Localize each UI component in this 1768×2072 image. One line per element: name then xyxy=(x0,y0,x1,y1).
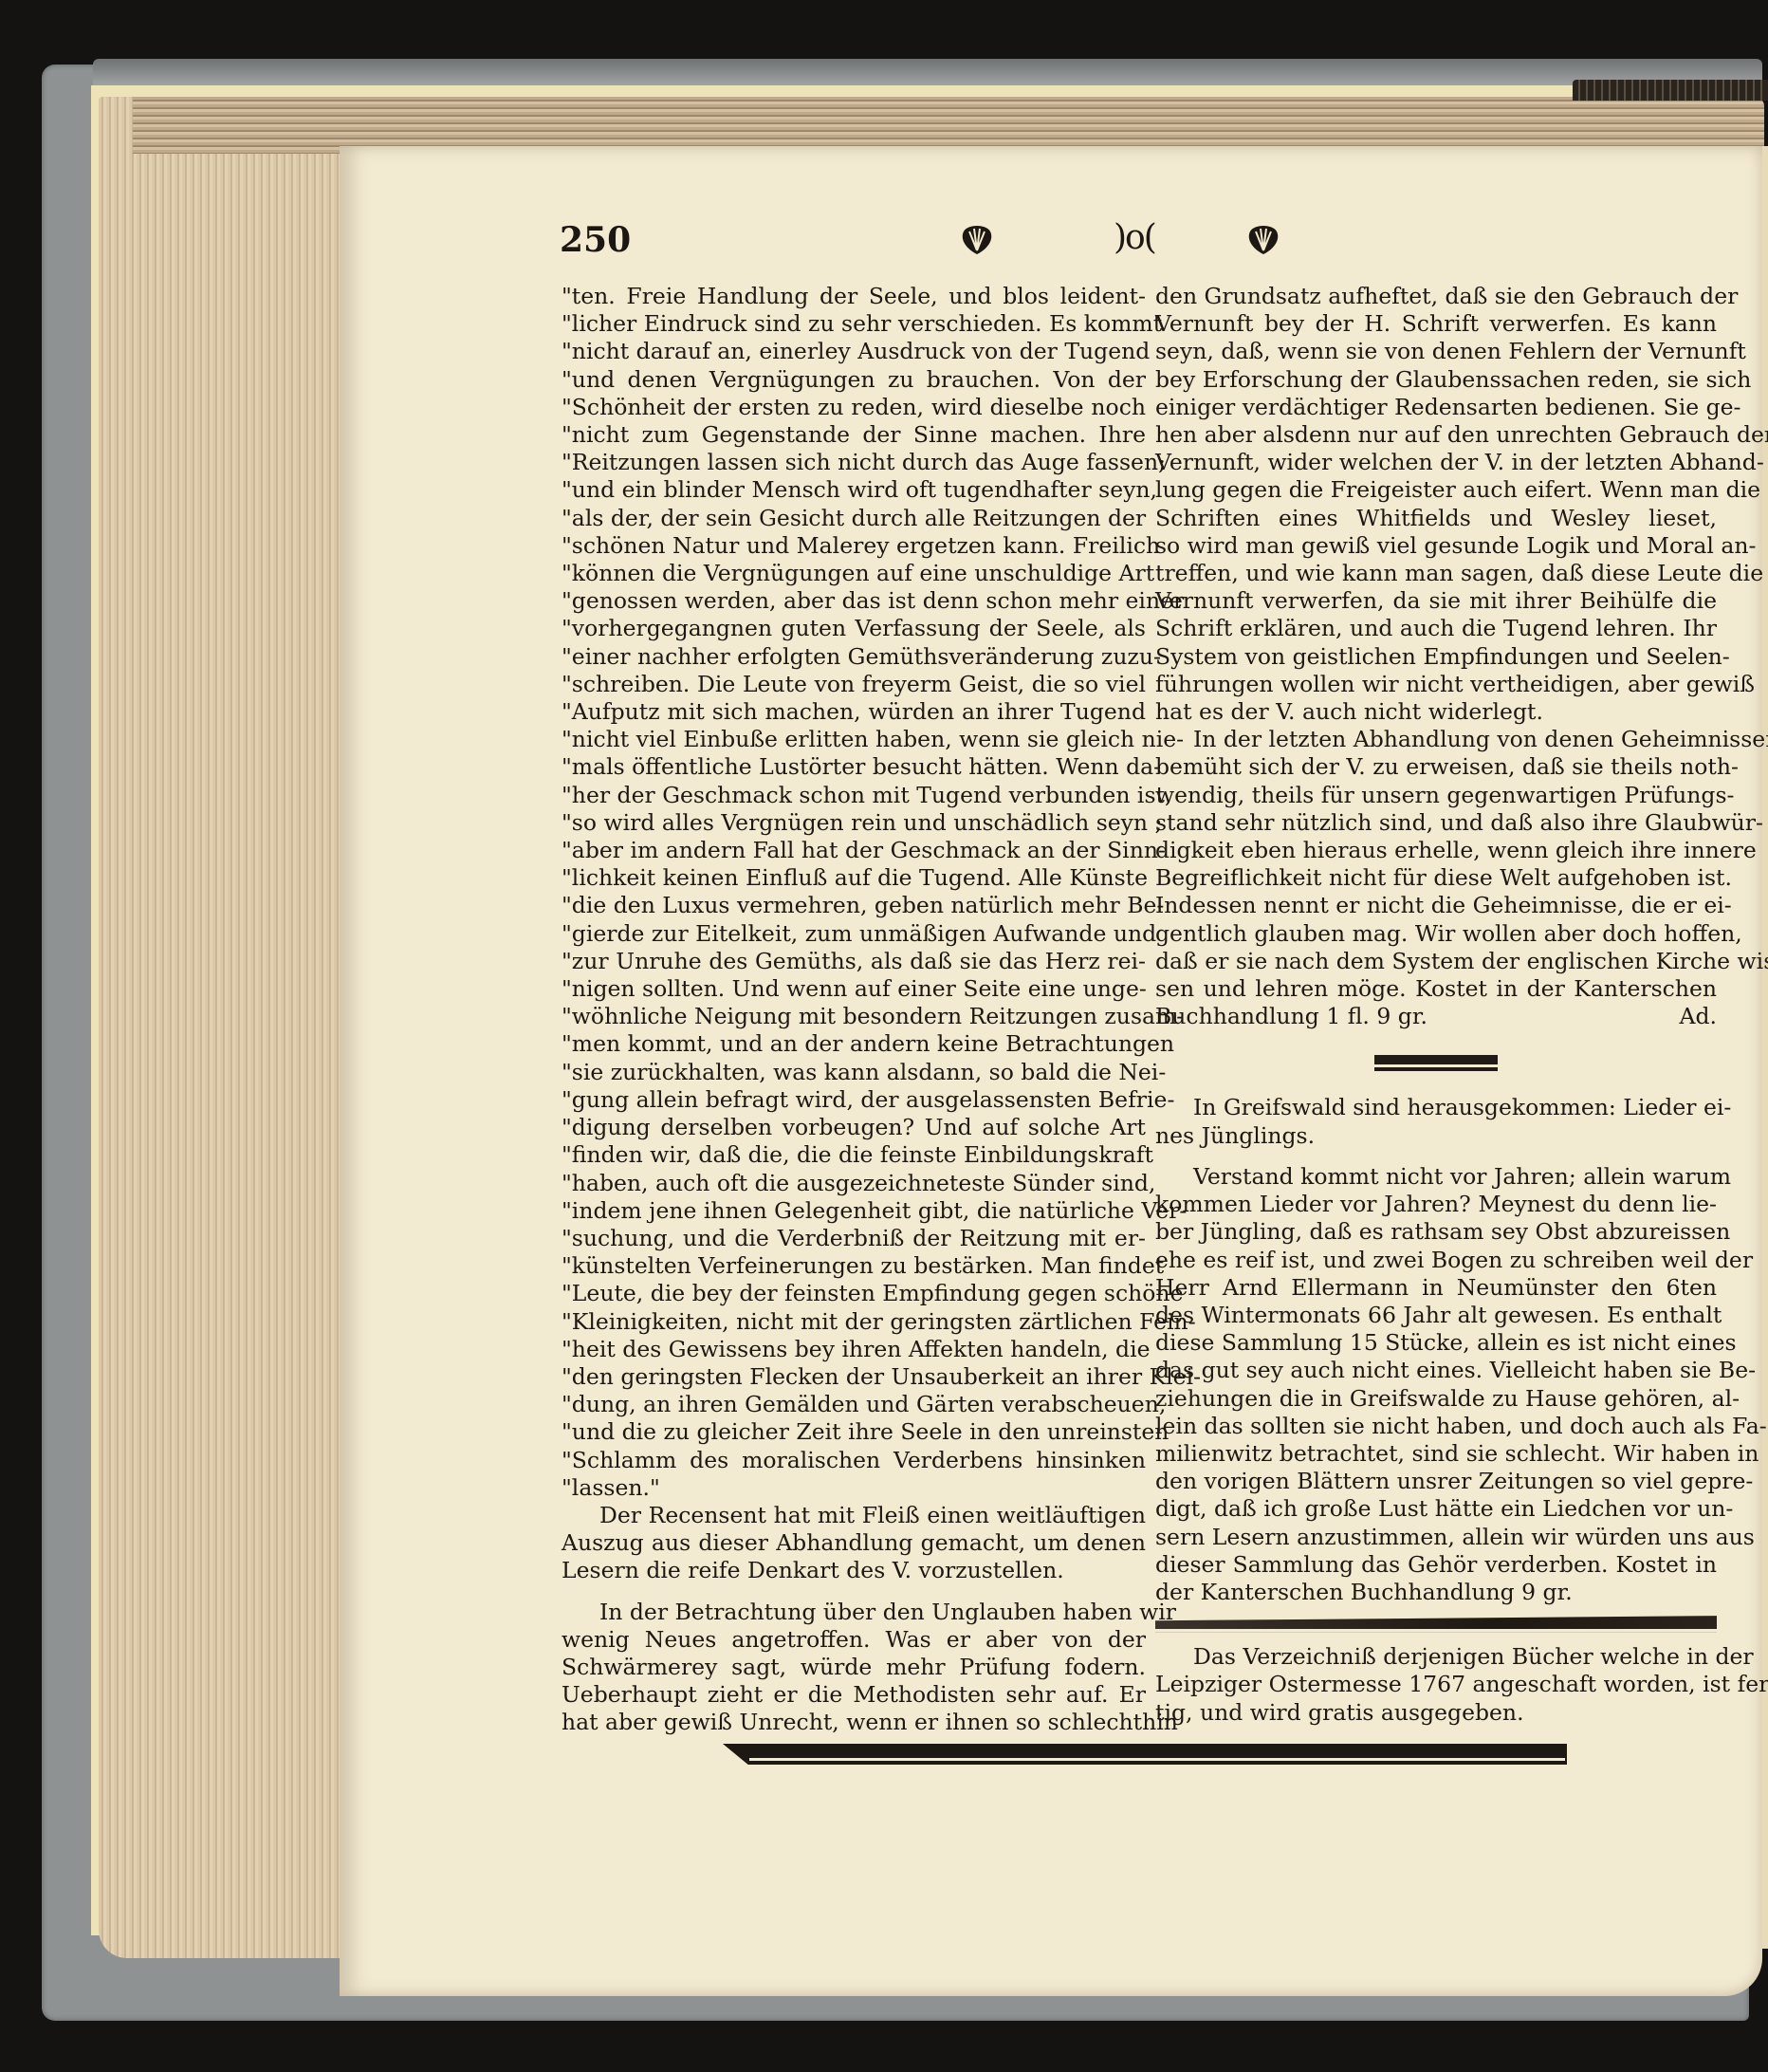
text-line: "und denen Vergnügungen zu brauchen. Von… xyxy=(562,366,1146,394)
shell-ornament-icon xyxy=(1244,220,1282,258)
text-line: "zur Unruhe des Gemüths, als daß sie das… xyxy=(562,948,1146,975)
text-line: lein das sollten sie nicht haben, und do… xyxy=(1155,1413,1717,1440)
text-line: den Grundsatz aufheftet, daß sie den Geb… xyxy=(1155,283,1717,310)
text-line: daß er sie nach dem System der englische… xyxy=(1155,948,1717,975)
text-line: "gung allein befragt wird, der ausgelass… xyxy=(562,1086,1146,1114)
section-divider xyxy=(1374,1055,1498,1067)
text-line: hat es der V. auch nicht widerlegt. xyxy=(1155,698,1717,726)
text-line: tig, und wird gratis ausgegeben. xyxy=(1155,1699,1717,1727)
text-line: sern Lesern anzustimmen, allein wir würd… xyxy=(1155,1524,1717,1551)
text-line: "als der, der sein Gesicht durch alle Re… xyxy=(562,505,1146,532)
endpaper-top xyxy=(91,85,1760,97)
text-line: "Leute, die bey der feinsten Empfindung … xyxy=(562,1280,1146,1307)
text-line: den vorigen Blättern unsrer Zeitungen so… xyxy=(1155,1468,1717,1495)
text-line: digt, daß ich große Lust hätte ein Liedc… xyxy=(1155,1495,1717,1523)
reviewer-signature: Ad. xyxy=(1680,1003,1717,1030)
section-divider-wide xyxy=(1155,1616,1717,1632)
running-head: 250 )o( xyxy=(560,220,1717,268)
text-line: Der Recensent hat mit Fleiß einen weitlä… xyxy=(562,1502,1146,1529)
text-line: kommen Lieder vor Jahren? Meynest du den… xyxy=(1155,1191,1717,1218)
text-line: Das Verzeichniß derjenigen Bücher welche… xyxy=(1155,1643,1717,1671)
page-edges-top xyxy=(133,97,1764,154)
text-line: Indessen nennt er nicht die Geheimnisse,… xyxy=(1155,892,1717,919)
text-line: "aber im andern Fall hat der Geschmack a… xyxy=(562,837,1146,864)
header-divider: )o( xyxy=(1114,218,1155,257)
text-line: Vernunft, wider welchen der V. in der le… xyxy=(1155,449,1717,476)
text-line: des Wintermonats 66 Jahr alt gewesen. Es… xyxy=(1155,1302,1717,1329)
text-line: Verstand kommt nicht vor Jahren; allein … xyxy=(1155,1163,1717,1191)
text-line: Schwärmerey sagt, würde mehr Prüfung fod… xyxy=(562,1654,1146,1681)
text-line: seyn, daß, wenn sie von denen Fehlern de… xyxy=(1155,338,1717,365)
paragraph-methodisten: den Grundsatz aufheftet, daß sie den Geb… xyxy=(1155,283,1717,726)
text-line: Ueberhaupt zieht er die Methodisten sehr… xyxy=(562,1681,1146,1709)
text-line: "wöhnliche Neigung mit besondern Reitzun… xyxy=(562,1003,1146,1030)
text-line: lung gegen die Freigeister auch eifert. … xyxy=(1155,476,1717,504)
text-line: "können die Vergnügungen auf eine unschu… xyxy=(562,560,1146,587)
text-line: "schönen Natur und Malerey ergetzen kann… xyxy=(562,532,1146,560)
price-text: Buchhandlung 1 fl. 9 gr. xyxy=(1155,1003,1427,1030)
text-line: führungen wollen wir nicht vertheidigen,… xyxy=(1155,671,1717,698)
text-line: "Reitzungen lassen sich nicht durch das … xyxy=(562,449,1146,476)
text-line: wendig, theils für unsern gegenwartigen … xyxy=(1155,782,1717,809)
text-line: Vernunft bey der H. Schrift verwerfen. E… xyxy=(1155,310,1717,338)
text-line: "dung, an ihren Gemälden und Gärten vera… xyxy=(562,1391,1146,1418)
paragraph-unglauben: In der Betrachtung über den Unglauben ha… xyxy=(562,1599,1146,1737)
text-line: diese Sammlung 15 Stücke, allein es ist … xyxy=(1155,1329,1717,1357)
text-line: "ten. Freie Handlung der Seele, und blos… xyxy=(562,283,1146,310)
text-line: das gut sey auch nicht eines. Vielleicht… xyxy=(1155,1357,1717,1384)
text-line: "die den Luxus vermehren, geben natürlic… xyxy=(562,892,1146,919)
text-line: "Schlamm des moralischen Verderbens hins… xyxy=(562,1447,1146,1474)
text-line: Auszug aus dieser Abhandlung gemacht, um… xyxy=(562,1529,1146,1557)
text-line: Lesern die reife Denkart des V. vorzuste… xyxy=(562,1557,1146,1584)
text-line: sen und lehren möge. Kostet in der Kante… xyxy=(1155,975,1717,1003)
text-line: "suchung, und die Verderbniß der Reitzun… xyxy=(562,1225,1146,1252)
text-line: "lassen." xyxy=(562,1474,1146,1502)
text-line: Vernunft verwerfen, da sie mit ihrer Bei… xyxy=(1155,587,1717,615)
text-line: ber Jüngling, daß es rathsam sey Obst ab… xyxy=(1155,1218,1717,1246)
text-line: "digung derselben vorbeugen? Und auf sol… xyxy=(562,1114,1146,1141)
text-line: "den geringsten Flecken der Unsauberkeit… xyxy=(562,1363,1146,1391)
page-number: 250 xyxy=(560,220,631,260)
notice-greifswald-title: In Greifswald sind herausgekommen: Liede… xyxy=(1155,1094,1717,1149)
paragraph-geheimnisse: In der letzten Abhandlung von denen Gehe… xyxy=(1155,726,1717,1030)
text-line: In der letzten Abhandlung von denen Gehe… xyxy=(1155,726,1717,753)
text-line: "sie zurückhalten, was kann alsdann, so … xyxy=(562,1059,1146,1086)
text-line: so wird man gewiß viel gesunde Logik und… xyxy=(1155,532,1717,560)
text-line: "einer nachher erfolgten Gemüthsveränder… xyxy=(562,643,1146,671)
shell-ornament-icon xyxy=(958,220,996,258)
text-line: "und ein blinder Mensch wird oft tugendh… xyxy=(562,476,1146,504)
text-line: "nicht darauf an, einerley Ausdruck von … xyxy=(562,338,1146,365)
price-and-signature: Buchhandlung 1 fl. 9 gr. Ad. xyxy=(1155,1003,1717,1030)
text-line: bemüht sich der V. zu erweisen, daß sie … xyxy=(1155,753,1717,781)
text-line: gentlich glauben mag. Wir wollen aber do… xyxy=(1155,920,1717,948)
text-line: "indem jene ihnen Gelegenheit gibt, die … xyxy=(562,1197,1146,1225)
paragraph-recensent: Der Recensent hat mit Fleiß einen weitlä… xyxy=(562,1502,1146,1585)
text-line: "nicht viel Einbuße erlitten haben, wenn… xyxy=(562,726,1146,753)
text-line: ziehungen die in Greifswalde zu Hause ge… xyxy=(1155,1385,1717,1413)
text-line: nes Jünglings. xyxy=(1155,1122,1717,1150)
text-line: digkeit eben hieraus erhelle, wenn gleic… xyxy=(1155,837,1717,864)
text-line: Schriften eines Whitfields und Wesley li… xyxy=(1155,505,1717,532)
text-line: ehe es reif ist, und zwei Bogen zu schre… xyxy=(1155,1247,1717,1274)
book-cover-top xyxy=(93,59,1762,87)
text-line: "nigen sollten. Und wenn auf einer Seite… xyxy=(562,975,1146,1003)
left-column: "ten. Freie Handlung der Seele, und blos… xyxy=(562,283,1146,1737)
text-line: "heit des Gewissens bey ihren Affekten h… xyxy=(562,1336,1146,1363)
text-line: Begreiflichkeit nicht für diese Welt auf… xyxy=(1155,864,1717,892)
text-line: hen aber alsdenn nur auf den unrechten G… xyxy=(1155,421,1717,449)
page-end-rule xyxy=(723,1744,1567,1765)
notice-greifswald-body: Verstand kommt nicht vor Jahren; allein … xyxy=(1155,1163,1717,1606)
text-line: "mals öffentliche Lustörter besucht hätt… xyxy=(562,753,1146,781)
text-line: "genossen werden, aber das ist denn scho… xyxy=(562,587,1146,615)
text-line: "haben, auch oft die ausgezeichneteste S… xyxy=(562,1170,1146,1197)
text-line: hat aber gewiß Unrecht, wenn er ihnen so… xyxy=(562,1709,1146,1736)
text-line: In Greifswald sind herausgekommen: Liede… xyxy=(1155,1094,1717,1121)
text-line: "schreiben. Die Leute von freyerm Geist,… xyxy=(562,671,1146,698)
text-line: "Kleinigkeiten, nicht mit der geringsten… xyxy=(562,1308,1146,1336)
text-line: "lichkeit keinen Einfluß auf die Tugend.… xyxy=(562,864,1146,892)
text-line: "nicht zum Gegenstande der Sinne machen.… xyxy=(562,421,1146,449)
text-line: "und die zu gleicher Zeit ihre Seele in … xyxy=(562,1418,1146,1446)
text-line: dieser Sammlung das Gehör verderben. Kos… xyxy=(1155,1551,1717,1579)
headband xyxy=(1573,80,1768,101)
text-line: "finden wir, daß die, die die feinste Ei… xyxy=(562,1141,1146,1169)
text-line: Herr Arnd Ellermann in Neumünster den 6t… xyxy=(1155,1274,1717,1302)
text-line: "vorhergegangnen guten Verfassung der Se… xyxy=(562,615,1146,642)
text-line: der Kanterschen Buchhandlung 9 gr. xyxy=(1155,1579,1717,1606)
text-line: "Aufputz mit sich machen, würden an ihre… xyxy=(562,698,1146,726)
text-line: "her der Geschmack schon mit Tugend verb… xyxy=(562,782,1146,809)
page-end-rule-inner xyxy=(749,1758,1565,1761)
text-line: "so wird alles Vergnügen rein und unschä… xyxy=(562,809,1146,837)
notice-verzeichniss: Das Verzeichniß derjenigen Bücher welche… xyxy=(1155,1643,1717,1727)
text-line: "gierde zur Eitelkeit, zum unmäßigen Auf… xyxy=(562,920,1146,948)
text-line: Leipziger Ostermesse 1767 angeschaft wor… xyxy=(1155,1671,1717,1698)
text-line: wenig Neues angetroffen. Was er aber von… xyxy=(562,1626,1146,1654)
text-line: "men kommt, und an der andern keine Betr… xyxy=(562,1030,1146,1058)
text-line: einiger verdächtiger Redensarten bediene… xyxy=(1155,394,1717,421)
text-line: "künstelten Verfeinerungen zu bestärken.… xyxy=(562,1252,1146,1280)
text-line: "Schönheit der ersten zu reden, wird die… xyxy=(562,394,1146,421)
text-line: treffen, und wie kann man sagen, daß die… xyxy=(1155,560,1717,587)
page-edges-left xyxy=(99,97,345,1958)
text-line: System von geistlichen Empfindungen und … xyxy=(1155,643,1717,671)
text-line: "licher Eindruck sind zu sehr verschiede… xyxy=(562,310,1146,338)
right-column: den Grundsatz aufheftet, daß sie den Geb… xyxy=(1155,283,1717,1727)
text-line: stand sehr nützlich sind, und daß also i… xyxy=(1155,809,1717,837)
text-line: In der Betrachtung über den Unglauben ha… xyxy=(562,1599,1146,1626)
text-line: Schrift erklären, und auch die Tugend le… xyxy=(1155,615,1717,642)
text-line: bey Erforschung der Glaubenssachen reden… xyxy=(1155,366,1717,394)
quoted-passage: "ten. Freie Handlung der Seele, und blos… xyxy=(562,283,1146,1502)
text-line: milienwitz betrachtet, sind sie schlecht… xyxy=(1155,1440,1717,1468)
